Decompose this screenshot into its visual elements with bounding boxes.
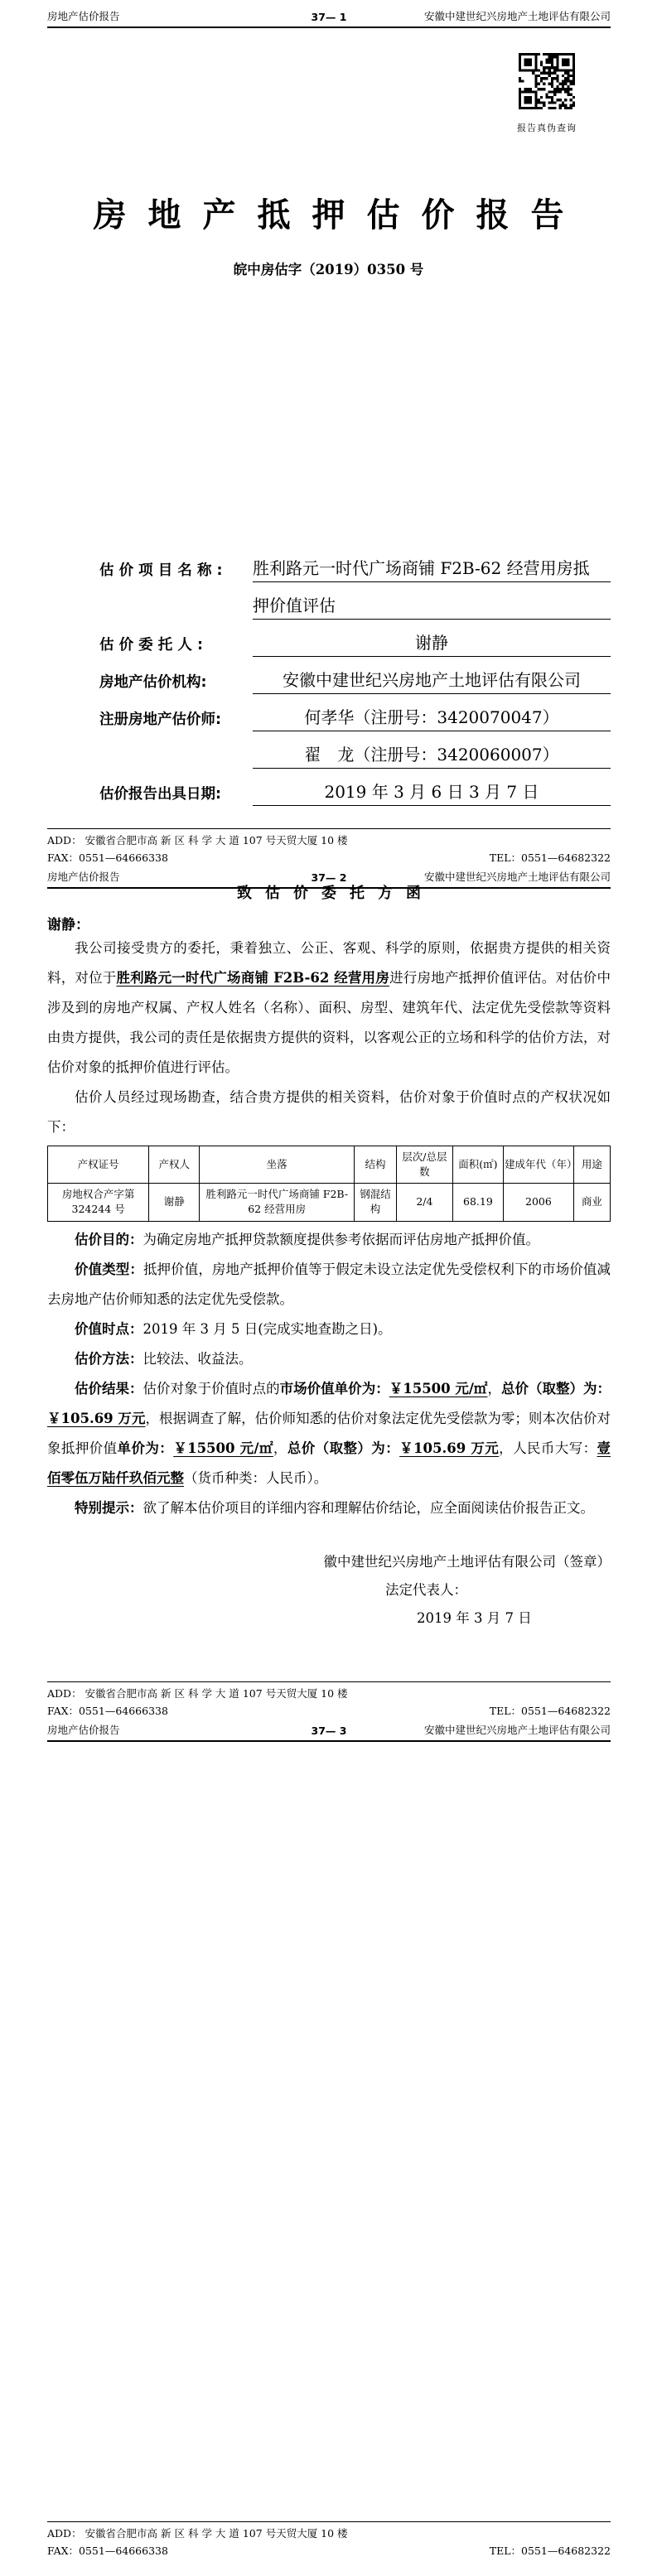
page3-number: 37— 3 — [312, 1725, 347, 1737]
property-table: 产权证号 产权人 坐落 结构 层次/总层数 面积(㎡) 建成年代（年） 用途 房… — [47, 1146, 611, 1222]
col-cert-no: 产权证号 — [48, 1146, 149, 1184]
signature-company: 徽中建世纪兴房地产土地评估有限公司（签章） — [47, 1548, 611, 1576]
letter-salutation: 谢静： — [47, 913, 611, 933]
cell-cert-no: 房地权合产字第324244 号 — [48, 1184, 149, 1221]
letter-title: 致估价委托方函 — [47, 881, 611, 903]
field-agency-value: 安徽中建世纪兴房地产土地评估有限公司 — [253, 667, 611, 694]
value-date: 价值时点：2019 年 3 月 5 日(完成实地查勘之日)。 — [47, 1315, 611, 1344]
field-project: 估 价 项 目 名 称 : 胜利路元一时代广场商铺 F2B-62 经营用房抵 — [47, 545, 611, 582]
page3-header: 房地产估价报告 37— 3 安徽中建世纪兴房地产土地评估有限公司 — [47, 1722, 611, 1742]
footer-address: ADD： 安徽省合肥市高 新 区 科 学 大 道 107 号天贸大厦 10 楼 — [47, 832, 611, 847]
property-table-row: 房地权合产字第324244 号 谢静 胜利路元一时代广场商铺 F2B-62 经营… — [48, 1184, 611, 1221]
field-report-date: 估价报告出具日期: 2019 年 3 月 6 日 3 月 7 日 — [47, 769, 611, 806]
page1-header: 房地产估价报告 37— 1 安徽中建世纪兴房地产土地评估有限公司 — [47, 8, 611, 28]
property-table-header-row: 产权证号 产权人 坐落 结构 层次/总层数 面积(㎡) 建成年代（年） 用途 — [48, 1146, 611, 1184]
field-appraiser-label: 注册房地产估价师: — [47, 708, 253, 731]
letter-paragraph-1: 我公司接受贵方的委托，秉着独立、公正、客观、科学的原则，依据贵方提供的相关资料，… — [47, 933, 611, 1083]
col-owner: 产权人 — [149, 1146, 200, 1184]
footer-rule — [47, 828, 611, 829]
field-project-label-spacer — [47, 617, 253, 620]
footer-contacts: FAX：0551—64666338 TEL：0551—64682322 — [47, 850, 611, 865]
letter-paragraph-2: 估价人员经过现场勘查，结合贵方提供的相关资料，估价对象于价值时点的产权状况如下： — [47, 1083, 611, 1142]
footer-contacts: FAX：0551—64666338 TEL：0551—64682322 — [47, 2543, 611, 2558]
footer-fax: FAX：0551—64666338 — [47, 1703, 168, 1718]
col-location: 坐落 — [200, 1146, 355, 1184]
field-project-cont: 押价值评估 — [47, 582, 611, 620]
footer-tel: TEL：0551—64682322 — [490, 2543, 611, 2558]
field-date-value: 2019 年 3 月 6 日 3 月 7 日 — [253, 779, 611, 806]
bottom-footer: ADD： 安徽省合肥市高 新 区 科 学 大 道 107 号天贸大厦 10 楼 … — [47, 2521, 611, 2558]
qr-caption: 报告真伪查询 — [514, 121, 580, 134]
footer-address: ADD： 安徽省合肥市高 新 区 科 学 大 道 107 号天贸大厦 10 楼 — [47, 1686, 611, 1700]
col-structure: 结构 — [355, 1146, 397, 1184]
footer-tel: TEL：0551—64682322 — [490, 850, 611, 865]
value-type: 价值类型：抵押价值，房地产抵押价值等于假定未设立法定优先受偿权利下的市场价值减去… — [47, 1255, 611, 1315]
footer-contacts: FAX：0551—64666338 TEL：0551—64682322 — [47, 1703, 611, 1718]
field-appraiser-cont: 翟 龙（注册号：3420060007） — [47, 731, 611, 769]
header-company: 安徽中建世纪兴房地产土地评估有限公司 — [346, 8, 611, 23]
field-appraiser: 注册房地产估价师: 何孝华（注册号：3420070047） — [47, 694, 611, 731]
appraisal-method: 估价方法：比较法、收益法。 — [47, 1344, 611, 1374]
cell-floor: 2/4 — [396, 1184, 452, 1221]
header-doc-type: 房地产估价报告 — [47, 8, 312, 23]
letter-section: 致估价委托方函 谢静： 我公司接受贵方的委托，秉着独立、公正、客观、科学的原则，… — [47, 881, 611, 1633]
field-project-label: 估 价 项 目 名 称 : — [47, 559, 253, 582]
cell-year: 2006 — [503, 1184, 573, 1221]
field-client-label: 估 价 委 托 人 : — [47, 634, 253, 657]
footer-rule — [47, 1681, 611, 1682]
document-number: 皖中房估字（2019）0350 号 — [0, 258, 657, 278]
page1-number: 37— 1 — [312, 11, 347, 23]
field-client: 估 价 委 托 人 : 谢静 — [47, 620, 611, 657]
footer-tel: TEL：0551—64682322 — [490, 1703, 611, 1718]
appraisal-result: 估价结果：估价对象于价值时点的市场价值单价为：￥15500 元/㎡，总价（取整）… — [47, 1374, 611, 1493]
field-appraiser-label-spacer — [47, 766, 253, 769]
qr-block: 报告真伪查询 — [514, 53, 580, 134]
col-year: 建成年代（年） — [503, 1146, 573, 1184]
signature-date: 2019 年 3 月 7 日 — [417, 1604, 611, 1633]
header-doc-type: 房地产估价报告 — [47, 1722, 312, 1737]
col-area: 面积(㎡) — [452, 1146, 503, 1184]
cell-structure: 钢混结构 — [355, 1184, 397, 1221]
field-project-value: 胜利路元一时代广场商铺 F2B-62 经营用房抵 — [253, 555, 611, 582]
footer-address: ADD： 安徽省合肥市高 新 区 科 学 大 道 107 号天贸大厦 10 楼 — [47, 2525, 611, 2540]
qr-code — [514, 53, 580, 113]
cover-fields: 估 价 项 目 名 称 : 胜利路元一时代广场商铺 F2B-62 经营用房抵 押… — [47, 545, 611, 806]
footer-fax: FAX：0551—64666338 — [47, 850, 168, 865]
field-client-value: 谢静 — [253, 630, 611, 657]
cell-area: 68.19 — [452, 1184, 503, 1221]
signature-block: 徽中建世纪兴房地产土地评估有限公司（签章） 法定代表人： 2019 年 3 月 … — [47, 1548, 611, 1633]
report-title: 房地产抵押估价报告 — [0, 189, 657, 236]
footer-rule — [47, 2521, 611, 2522]
header-company: 安徽中建世纪兴房地产土地评估有限公司 — [346, 1722, 611, 1737]
pagebreak-1: ADD： 安徽省合肥市高 新 区 科 学 大 道 107 号天贸大厦 10 楼 … — [47, 828, 611, 889]
field-appraiser-value2: 翟 龙（注册号：3420060007） — [253, 741, 611, 769]
special-notice: 特别提示：欲了解本估价项目的详细内容和理解估价结论，应全面阅读估价报告正文。 — [47, 1493, 611, 1523]
cell-use: 商业 — [573, 1184, 610, 1221]
field-date-label: 估价报告出具日期: — [47, 783, 253, 806]
field-appraiser-value1: 何孝华（注册号：3420070047） — [253, 704, 611, 731]
footer-fax: FAX：0551—64666338 — [47, 2543, 168, 2558]
pagebreak-2: ADD： 安徽省合肥市高 新 区 科 学 大 道 107 号天贸大厦 10 楼 … — [47, 1681, 611, 1742]
field-agency-label: 房地产估价机构: — [47, 671, 253, 694]
field-agency: 房地产估价机构: 安徽中建世纪兴房地产土地评估有限公司 — [47, 657, 611, 694]
col-use: 用途 — [573, 1146, 610, 1184]
cell-location: 胜利路元一时代广场商铺 F2B-62 经营用房 — [200, 1184, 355, 1221]
field-project-value2: 押价值评估 — [253, 592, 611, 620]
col-floor: 层次/总层数 — [396, 1146, 452, 1184]
signature-representative: 法定代表人： — [385, 1576, 611, 1604]
report-document: 房地产估价报告 37— 1 安徽中建世纪兴房地产土地评估有限公司 报告真伪查询 … — [0, 0, 657, 2576]
cell-owner: 谢静 — [149, 1184, 200, 1221]
appraisal-purpose: 估价目的：为确定房地产抵押贷款额度提供参考依据而评估房地产抵押价值。 — [47, 1225, 611, 1255]
